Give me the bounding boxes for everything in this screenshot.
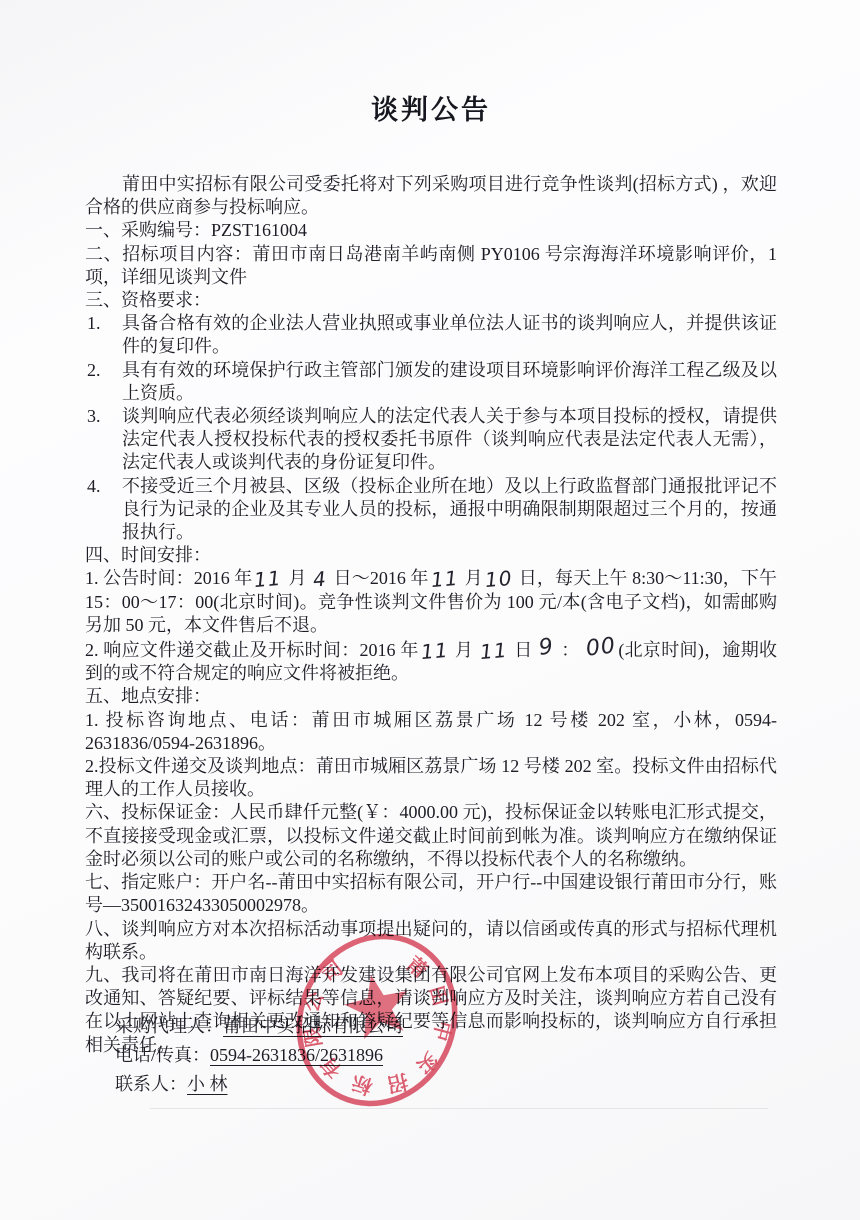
footer-signature-block: 采购代理人：莆田中实招标有限公司 电话/传真：0594-2631836/2631… [115,1012,403,1099]
handwritten-day: 4 [310,569,329,590]
printed-text: 1. 公告时间：2016 年 [85,568,252,588]
list-item-text: 谈判响应代表必须经谈判响应人的法定代表人关于参与本项目投标的授权，请提供法定代表… [122,406,777,472]
phone-label: 电话/传真： [115,1045,210,1065]
list-number: 1. [87,312,101,335]
handwritten-minute: 00 [583,635,619,661]
qualification-item-1: 1.具备合格有效的企业法人营业执照或事业单位法人证书的谈判响应人，并提供该证件的… [85,312,777,358]
handwritten-month: 11 [252,568,285,591]
location-consultation: 1. 投标咨询地点、电话：莆田市城厢区荔景广场 12 号楼 202 室，小林，0… [85,709,777,755]
printed-text: 日～2016 年 [329,568,429,588]
section-inquiries: 八、谈判响应方对本次招标活动事项提出疑问的，请以信函或传真的形式与招标代理机构联… [85,918,777,964]
handwritten-month: 11 [428,568,461,591]
document-title: 谈判公告 [85,88,777,127]
scan-fold-line [150,1108,768,1109]
qualification-item-2: 2.具有有效的环境保护行政主管部门颁发的建设项目环境影响评价海洋工程乙级及以上资… [85,359,777,405]
schedule-submission-deadline: 2. 响应文件递交截止及开标时间：2016 年11 月 11 日 9 ： 00(… [85,637,777,685]
list-item-text: 具有有效的环境保护行政主管部门颁发的建设项目环境影响评价海洋工程乙级及以上资质。 [122,360,777,403]
location-submission: 2.投标文件递交及谈判地点：莆田市城厢区荔景广场 12 号楼 202 室。投标文… [85,755,777,801]
printed-text: 2. 响应文件递交截止及开标时间：2016 年 [85,640,419,660]
section-designated-account: 七、指定账户：开户名--莆田中实招标有限公司，开户行--中国建设银行莆田市分行，… [85,871,777,917]
list-number: 2. [87,359,101,382]
section-procurement-number: 一、采购编号：PZST161004 [85,219,777,242]
intro-paragraph: 莆田中实招标有限公司受委托将对下列采购项目进行竞争性谈判(招标方式) ，欢迎合格… [85,173,777,219]
agent-label: 采购代理人： [115,1016,223,1036]
list-number: 3. [87,405,101,428]
handwritten-hour: 9 [536,636,558,660]
list-number: 4. [87,475,101,498]
footer-phone-line: 电话/传真：0594-2631836/2631896 [115,1041,403,1070]
section-bid-bond: 六、投标保证金：人民币肆仟元整(￥：4000.00 元)，投标保证金以转账电汇形… [85,801,777,871]
scanned-document-page: 谈判公告 莆田中实招标有限公司受委托将对下列采购项目进行竞争性谈判(招标方式) … [0,0,860,1220]
contact-label: 联系人： [115,1074,187,1094]
printed-text: ： [556,640,584,660]
section-qualifications-heading: 三、资格要求： [85,289,777,312]
document-body: 谈判公告 莆田中实招标有限公司受委托将对下列采购项目进行竞争性谈判(招标方式) … [85,88,777,1057]
section-location-heading: 五、地点安排： [85,685,777,708]
agent-value: 莆田中实招标有限公司 [223,1016,403,1036]
section-schedule-heading: 四、时间安排： [85,544,777,567]
handwritten-month: 11 [418,640,451,663]
footer-contact-line: 联系人：小 林 [115,1070,403,1099]
contact-value: 小 林 [187,1074,228,1094]
qualification-item-4: 4.不接受近三个月被县、区级（投标企业所在地）及以上行政监督部门通报批评记不良行… [85,475,777,545]
printed-text: 日 [509,640,537,660]
handwritten-day: 11 [477,640,510,663]
section-project-content: 二、招标项目内容：莆田市南日岛港南羊屿南侧 PY0106 号宗海海洋环境影响评价… [85,243,777,289]
qualification-item-3: 3.谈判响应代表必须经谈判响应人的法定代表人关于参与本项目投标的授权，请提供法定… [85,405,777,475]
footer-agent-line: 采购代理人：莆田中实招标有限公司 [115,1012,403,1041]
handwritten-day: 10 [482,568,515,591]
printed-text: 月 [450,640,478,660]
printed-text: 月 [284,568,311,588]
printed-text: 月 [460,568,483,588]
schedule-announcement-period: 1. 公告时间：2016 年11 月 4 日～2016 年11 月10 日，每天… [85,567,777,637]
phone-value: 0594-2631836/2631896 [210,1045,383,1065]
list-item-text: 不接受近三个月被县、区级（投标企业所在地）及以上行政监督部门通报批评记不良行为记… [122,476,777,542]
list-item-text: 具备合格有效的企业法人营业执照或事业单位法人证书的谈判响应人，并提供该证件的复印… [122,313,777,356]
